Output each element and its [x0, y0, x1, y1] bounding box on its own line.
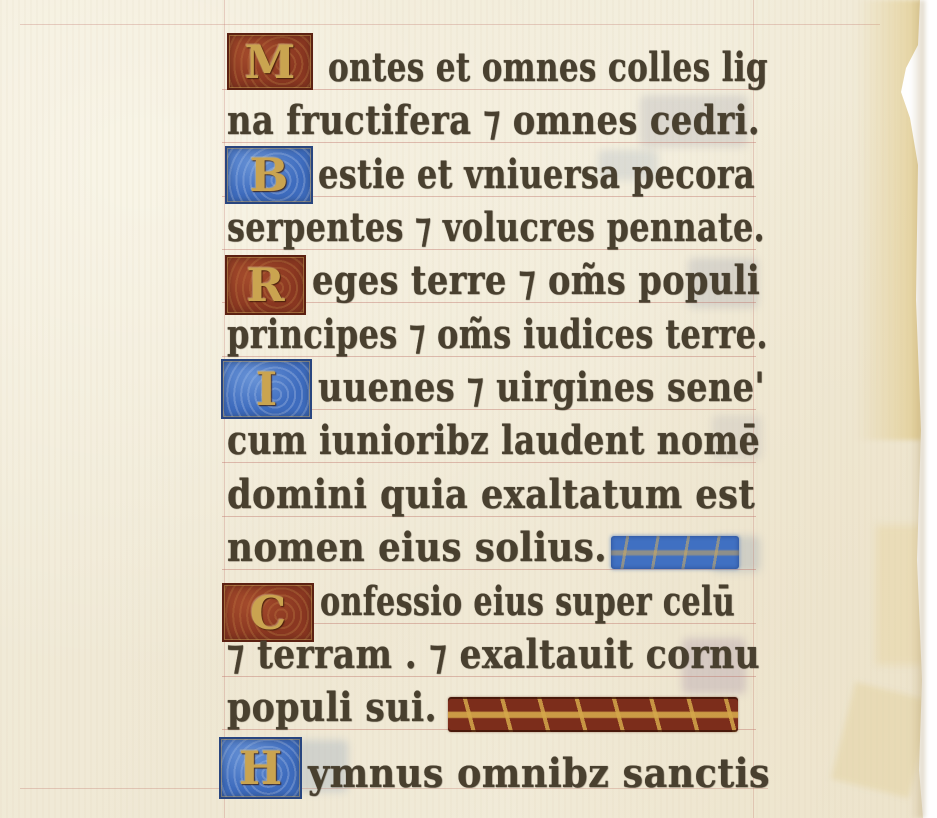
illuminated-initial-I: I — [221, 359, 312, 419]
line-filler-blue — [611, 536, 739, 569]
line-filler-red — [448, 697, 738, 732]
text-line: cum iunioribz laudent nomē — [227, 415, 760, 467]
text-line: eges terre ⁊ om̃s populi — [312, 255, 760, 307]
text-line: serpentes ⁊ volucres pennate. — [227, 202, 765, 254]
text-line: estie et vniuersa pecora — [318, 149, 755, 201]
text-line: principes ⁊ om̃s iudices terre. — [227, 309, 768, 361]
illuminated-initial-M: M — [227, 33, 313, 90]
illuminated-initial-B: B — [225, 146, 313, 204]
illuminated-initial-R: R — [225, 255, 306, 315]
text-line: uuenes ⁊ uirgines sene' — [318, 362, 765, 414]
text-line: na fructifera ⁊ omnes cedri. — [227, 95, 760, 147]
text-line: ⁊ terram . ⁊ exaltauit cornu — [227, 629, 760, 681]
text-line: ontes et omnes colles lig — [328, 42, 768, 94]
manuscript-page: Montes et omnes colles ligna fructifera … — [0, 0, 937, 818]
ruling-line-margin — [20, 24, 880, 25]
text-line: onfessio eius super celū — [320, 576, 735, 628]
parchment-edge-shadow — [911, 0, 925, 818]
text-line: nomen eius solius. — [227, 522, 607, 574]
illuminated-initial-H: H — [219, 737, 302, 799]
text-line: populi sui. — [227, 682, 437, 734]
text-line: ymnus omnibz sanctis — [308, 748, 770, 800]
text-line: domini quia exaltatum est — [227, 469, 755, 521]
